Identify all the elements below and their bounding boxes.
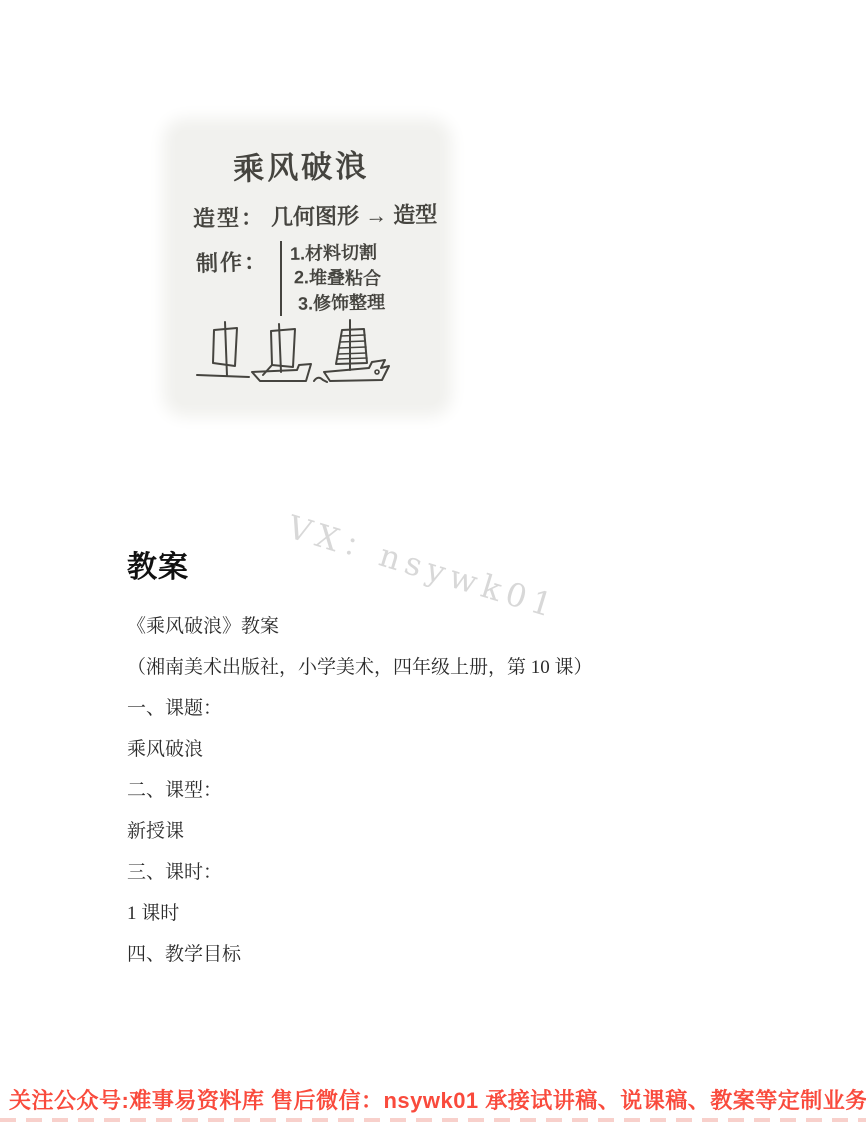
make-label: 制作： [195,245,268,278]
make-step: 2.堆叠粘合 [294,265,385,292]
sailboat-sketch-3 [314,320,389,382]
handwritten-make-block: 制作： 1.材料切割 2.堆叠粘合 3.修饰整理 [196,241,385,316]
doc-heading: 教案 [127,550,747,586]
make-step: 1.材料切割 [290,240,385,267]
doc-paragraph: 二、课型： [127,780,747,801]
document-page: 乘风破浪 造型：几何图形 → 造型 制作： 1.材料切割 2.堆叠粘合 3.修饰… [0,0,866,1122]
doc-paragraph: 一、课题： [127,698,747,719]
doc-paragraph: 三、课时： [127,862,747,883]
shape-content: 几何图形 → 造型 [271,202,438,230]
footer-ghost-line [0,1118,866,1122]
footer-text: 关注公众号:难事易资料库 售后微信：nsywk01 承接试讲稿、说课稿、教案等定… [9,1088,866,1113]
make-steps-list: 1.材料切割 2.堆叠粘合 3.修饰整理 [280,241,385,316]
doc-paragraph: 四、教学目标 [127,944,747,965]
lesson-plan-body: 教案 《乘风破浪》教案 （湘南美术出版社，小学美术，四年级上册，第 10 课） … [127,550,747,985]
doc-paragraph: 1 课时 [127,903,747,924]
doc-paragraph: 《乘风破浪》教案 [127,616,747,637]
make-step: 3.修饰整理 [298,290,385,317]
sailboats-sketch [183,314,419,404]
sailboat-sketch-2 [252,324,311,381]
promo-footer-banner: 关注公众号:难事易资料库 售后微信：nsywk01 承接试讲稿、说课稿、教案等定… [0,1084,866,1115]
doc-paragraph: 新授课 [127,821,747,842]
doc-paragraph: 乘风破浪 [127,739,747,760]
sailboat-sketch-1 [197,322,249,377]
handwritten-title: 乘风破浪 [232,140,369,189]
shape-label: 造型： [193,205,265,231]
handwritten-shape-line: 造型：几何图形 → 造型 [193,198,438,233]
doc-paragraph: （湘南美术出版社，小学美术，四年级上册，第 10 课） [127,657,747,678]
sketch-photo: 乘风破浪 造型：几何图形 → 造型 制作： 1.材料切割 2.堆叠粘合 3.修饰… [175,130,440,405]
